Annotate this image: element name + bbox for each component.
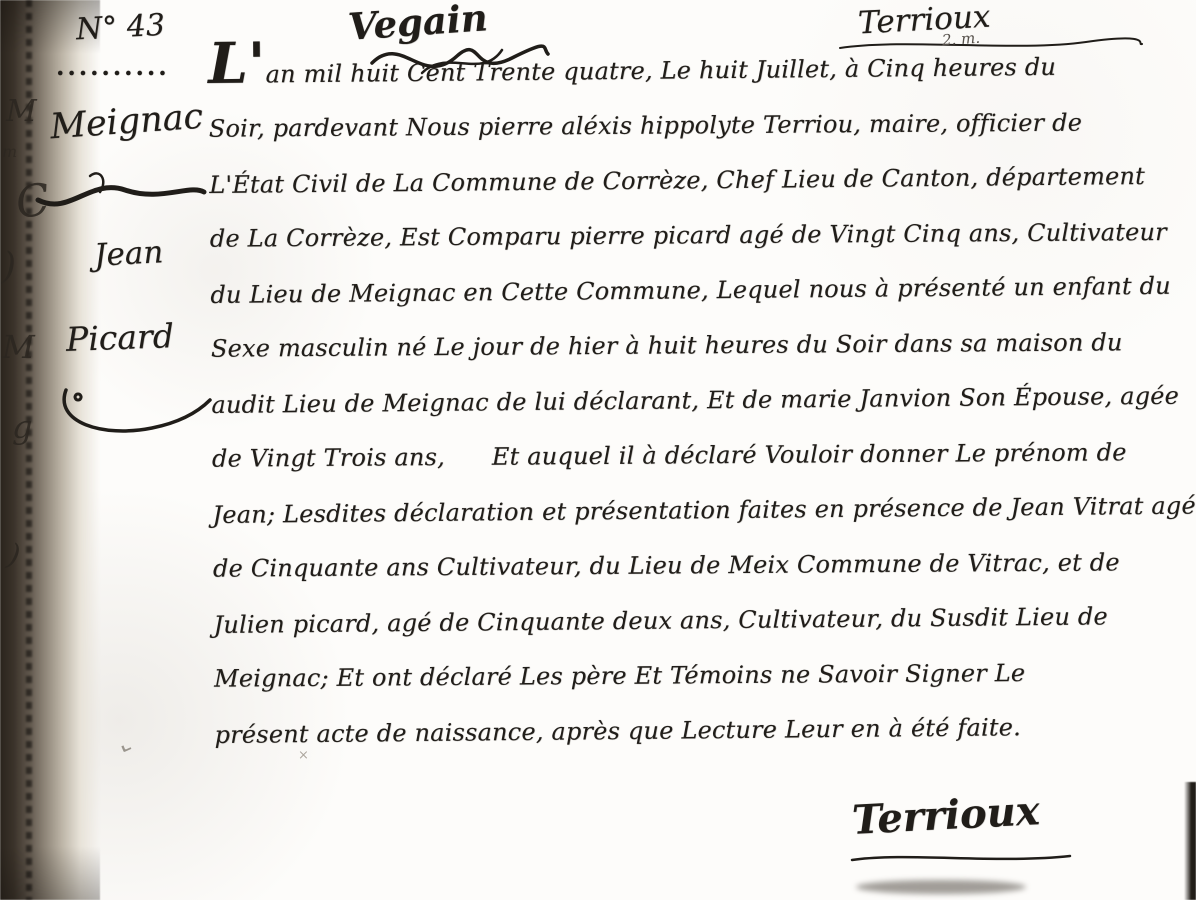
edge-bleed-mark: ) bbox=[2, 246, 16, 287]
signature-underline bbox=[846, 850, 1076, 868]
edge-bleed-mark: m bbox=[2, 142, 17, 161]
manuscript-line: L'État Civil de La Commune de Corrèze, C… bbox=[209, 149, 1194, 213]
edge-bleed-mark: M bbox=[2, 328, 35, 366]
edge-bleed-mark: M bbox=[6, 94, 37, 129]
page-edge-shadow bbox=[1184, 782, 1196, 900]
margin-child-last-name: Picard bbox=[65, 316, 174, 359]
manuscript-line: Soir, pardevant Nous pierre aléxis hippo… bbox=[209, 95, 1194, 157]
manuscript-line: Meignac; Et ont déclaré Les père Et Témo… bbox=[214, 645, 1196, 707]
edge-bleed-mark: g bbox=[12, 408, 32, 446]
manuscript-line: L'an mil huit Cent Trente quatre, Le hui… bbox=[208, 39, 1193, 103]
manuscript-line: audit Lieu de Meignac de lui déclarant, … bbox=[211, 369, 1196, 433]
manuscript-line: de Cinquante ans Cultivateur, du Lieu de… bbox=[213, 535, 1196, 597]
act-number: N° 43 bbox=[75, 8, 166, 48]
manuscript-line: de Vingt Trois ans, Et auquel il à décla… bbox=[212, 425, 1196, 487]
dotted-separator: .......... bbox=[56, 52, 170, 81]
pencil-mark: ⌄ bbox=[113, 728, 139, 760]
mayor-signature-bottom: Terrioux bbox=[851, 787, 1041, 844]
register-page: M m C ) M g ) N° 43 .......... Meignac J… bbox=[0, 0, 1196, 900]
margin-child-first-name: Jean bbox=[93, 234, 164, 274]
ink-smudge bbox=[856, 880, 1026, 894]
manuscript-line: présent acte de naissance, après que Lec… bbox=[214, 699, 1196, 763]
binding-shadow-streak bbox=[26, 0, 32, 900]
act-body-text: L'an mil huit Cent Trente quatre, Le hui… bbox=[208, 39, 1196, 763]
margin-flourish bbox=[30, 170, 210, 220]
pencil-mark: × bbox=[298, 748, 309, 763]
manuscript-line: Julien picard, agé de Cinquante deux ans… bbox=[213, 589, 1196, 653]
margin-flourish bbox=[52, 382, 222, 442]
manuscript-line: du Lieu de Meignac en Cette Commune, Leq… bbox=[210, 259, 1195, 323]
manuscript-line: de La Corrèze, Est Comparu pierre picard… bbox=[210, 205, 1195, 267]
manuscript-line: Jean; Lesdites déclaration et présentati… bbox=[212, 479, 1196, 543]
manuscript-line: Sexe masculin né Le jour de hier à huit … bbox=[211, 315, 1196, 377]
